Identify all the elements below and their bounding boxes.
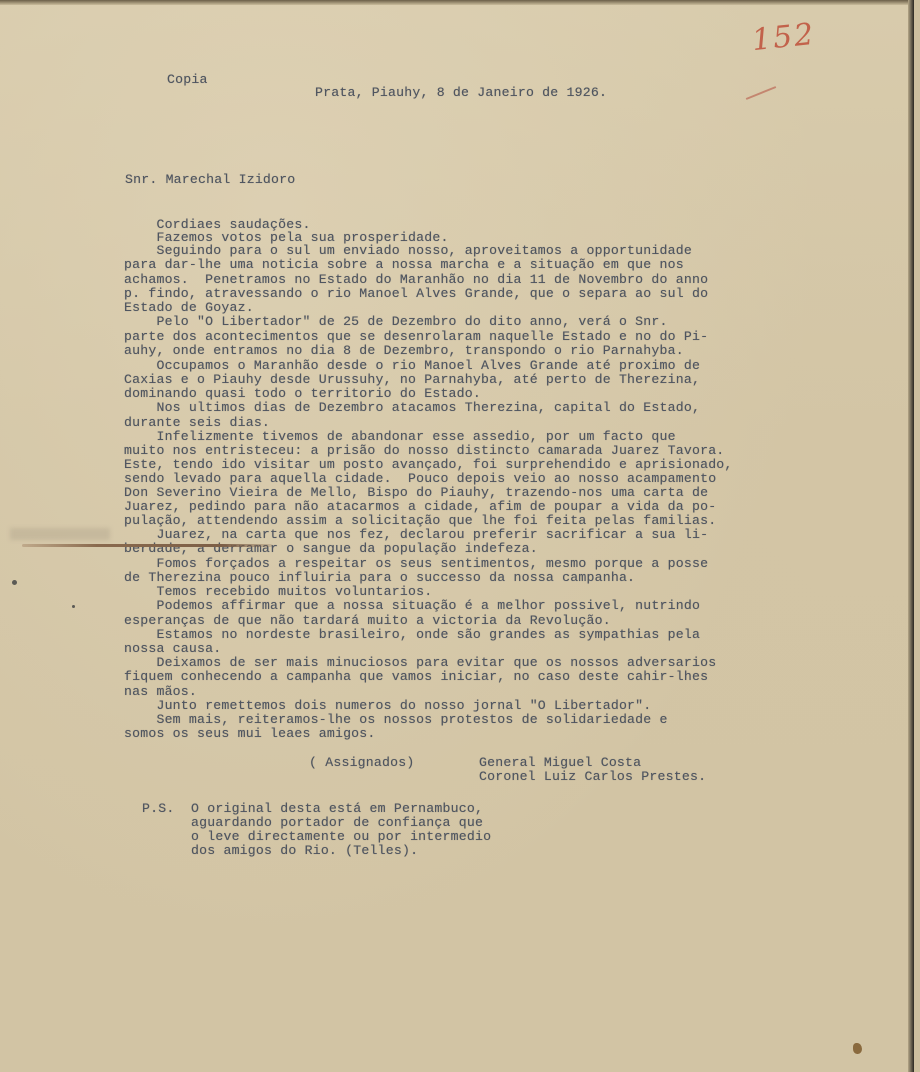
body-line: Estamos no nordeste brasileiro, onde são… [124, 628, 700, 642]
body-line: p. findo, atravessando o rio Manoel Alve… [124, 287, 708, 301]
folio-number: 152 [750, 17, 817, 58]
body-line: Don Severino Vieira de Mello, Bispo do P… [124, 486, 708, 500]
body-line: Este, tendo ido visitar um posto avançad… [124, 458, 733, 472]
body-line: Occupamos o Maranhão desde o rio Manoel … [124, 359, 700, 373]
signed-label: ( Assignados) [309, 756, 414, 770]
postscript-line: o leve directamente ou por intermedio [191, 830, 491, 844]
body-line: para dar-lhe uma noticia sobre a nossa m… [124, 258, 684, 272]
postscript-line: O original desta está em Pernambuco, [191, 802, 483, 816]
body-line: Nos ultimos dias de Dezembro atacamos Th… [124, 401, 700, 415]
body-line: nossa causa. [124, 642, 221, 656]
signatory: General Miguel Costa [479, 756, 641, 770]
body-line: Juarez, na carta que nos fez, declarou p… [124, 528, 708, 542]
body-line: dominando quasi todo o territorio do Est… [124, 387, 481, 401]
letter-page: 152 Copia Prata, Piauhy, 8 de Janeiro de… [0, 0, 914, 1072]
body-line: muito nos entristeceu: a prisão do nosso… [124, 444, 724, 458]
body-line: auhy, onde entramos no dia 8 de Dezembro… [124, 344, 684, 358]
body-line: Infelizmente tivemos de abandonar esse a… [124, 430, 676, 444]
body-line: somos os seus mui leaes amigos. [124, 727, 376, 741]
body-line: Juarez, pedindo para não atacarmos a cid… [124, 500, 716, 514]
body-line: sendo levado para aquella cidade. Pouco … [124, 472, 716, 486]
body-line: Deixamos de ser mais minuciosos para evi… [124, 656, 716, 670]
body-line: Sem mais, reiteramos-lhe os nossos prote… [124, 713, 668, 727]
paper-stain [853, 1043, 862, 1054]
body-line: Junto remettemos dois numeros do nosso j… [124, 699, 651, 713]
signatory: Coronel Luiz Carlos Prestes. [479, 770, 706, 784]
body-line: esperanças de que não tardará muito a vi… [124, 614, 611, 628]
body-line: Fomos forçados a respeitar os seus senti… [124, 557, 708, 571]
body-line: Estado de Goyaz. [124, 301, 254, 315]
body-line: Podemos affirmar que a nossa situação é … [124, 599, 700, 613]
paper-spot [72, 605, 75, 608]
body-line: achamos. Penetramos no Estado do Maranhã… [124, 273, 708, 287]
copy-label: Copia [167, 73, 208, 87]
body-line: Seguindo para o sul um enviado nosso, ap… [124, 244, 692, 258]
page-top-edge [0, 0, 914, 5]
body-line: Temos recebido muitos voluntarios. [124, 585, 432, 599]
check-mark [746, 86, 776, 100]
paper-spot [12, 580, 17, 585]
ink-strike-mark [22, 544, 272, 547]
body-line: durante seis dias. [124, 416, 270, 430]
postscript-line: dos amigos do Rio. (Telles). [191, 844, 418, 858]
body-line: Caxias e o Piauhy desde Urussuhy, no Par… [124, 373, 700, 387]
body-line: de Therezina pouco influiria para o succ… [124, 571, 635, 585]
body-line: nas mãos. [124, 685, 197, 699]
ink-smudge [10, 528, 110, 540]
page-right-edge [908, 0, 914, 1072]
postscript-line: aguardando portador de confiança que [191, 816, 483, 830]
addressee: Snr. Marechal Izidoro [125, 173, 295, 187]
body-line: parte dos acontecimentos que se desenrol… [124, 330, 708, 344]
postscript-label: P.S. [142, 802, 174, 816]
body-line: Pelo "O Libertador" de 25 de Dezembro do… [124, 315, 668, 329]
body-line: fiquem conhecendo a campanha que vamos i… [124, 670, 708, 684]
place-date: Prata, Piauhy, 8 de Janeiro de 1926. [315, 86, 607, 100]
body-line: pulação, attendendo assim a solicitação … [124, 514, 716, 528]
